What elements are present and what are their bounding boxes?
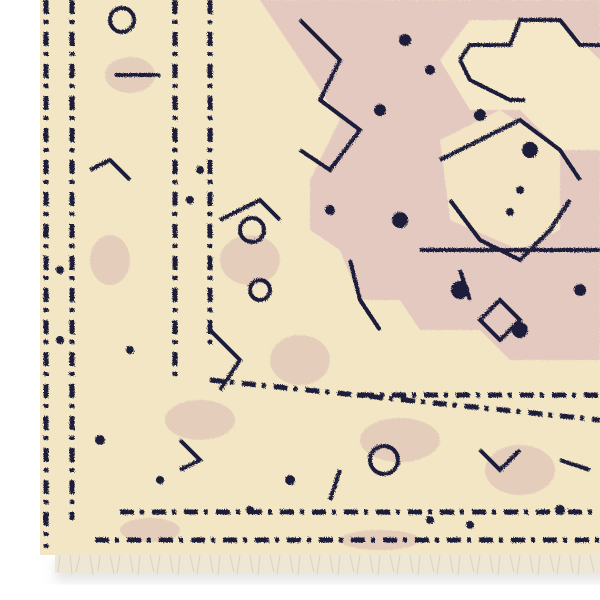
rug-photo: Cream/ivory field with faded blush-pink … — [0, 0, 600, 600]
rug-illustration — [0, 0, 600, 600]
